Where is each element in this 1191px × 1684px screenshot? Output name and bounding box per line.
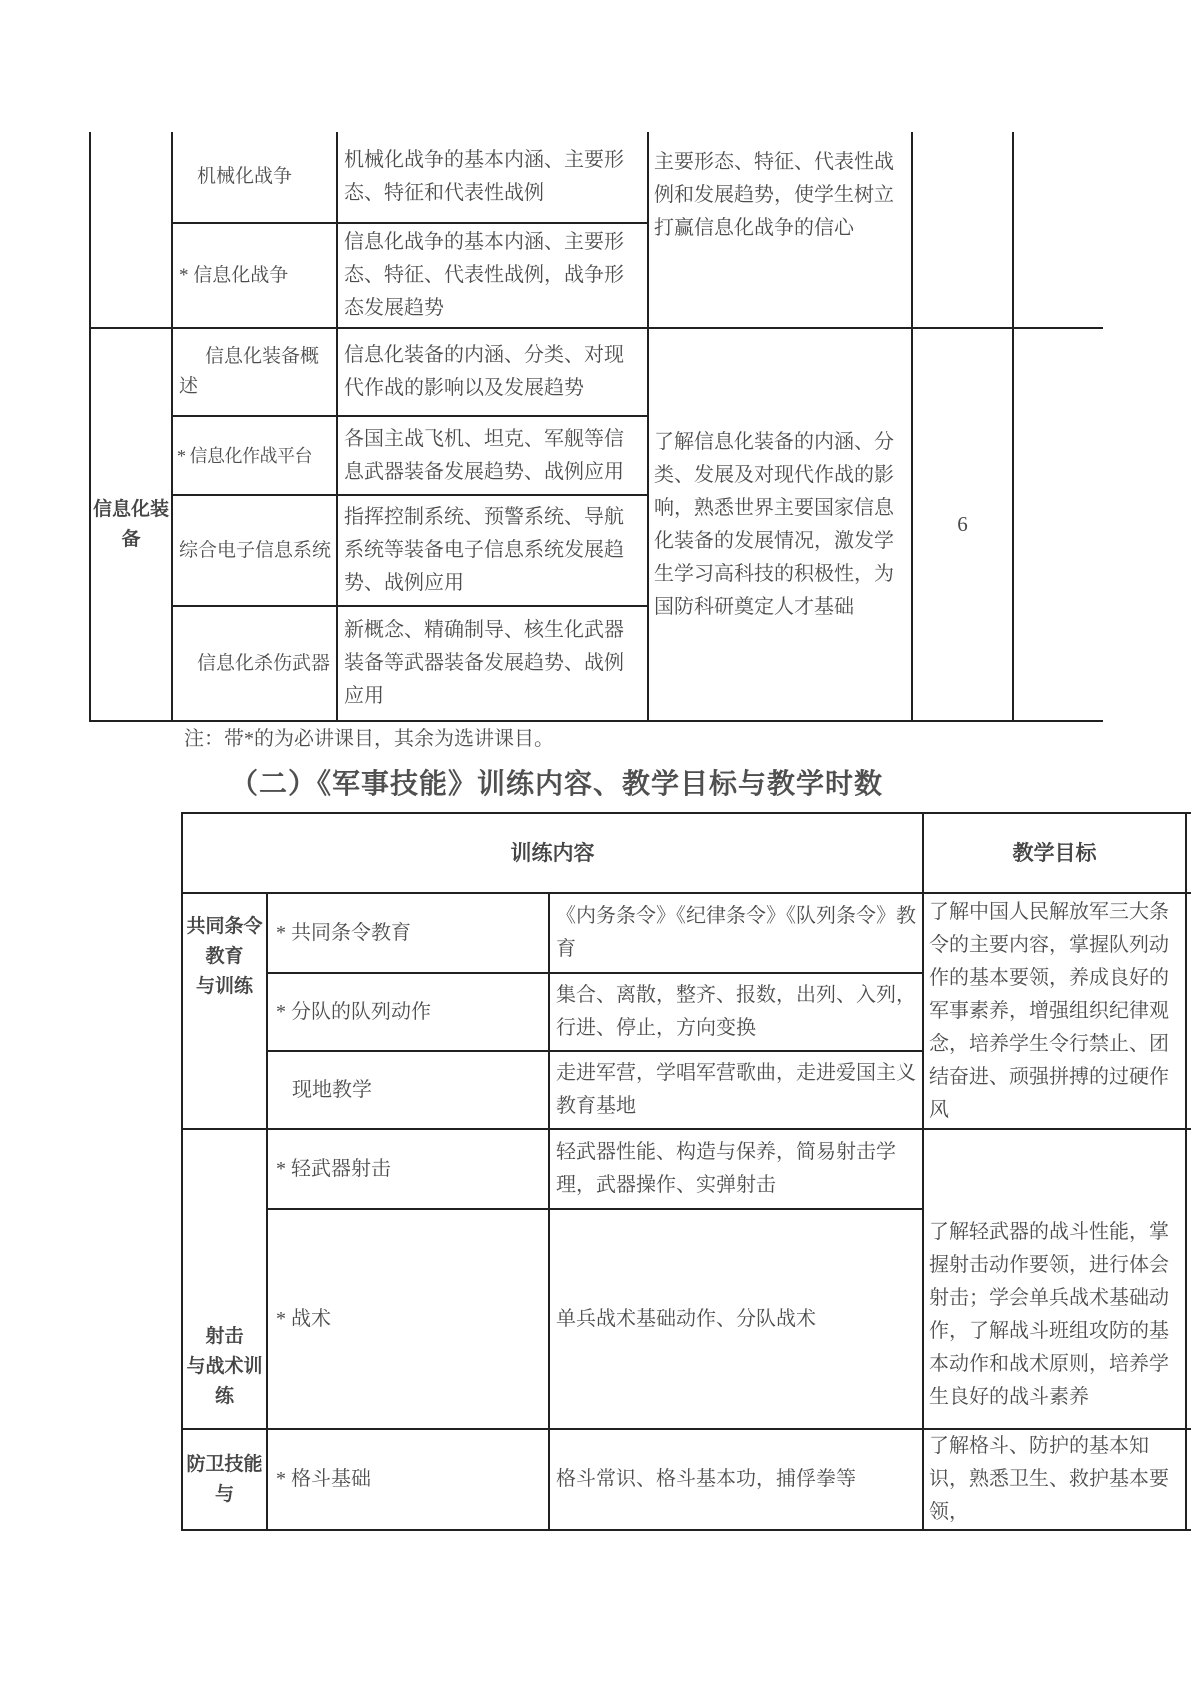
t1-content-cell: 机械化战争的基本内涵、主要形态、特征和代表性战例 [337,132,648,223]
table-row: 机械化战争 机械化战争的基本内涵、主要形态、特征和代表性战例 主要形态、特征、代… [90,132,1103,223]
t1-content-cell: 指挥控制系统、预警系统、导航系统等装备电子信息系统发展趋势、战例应用 [337,495,648,606]
t1-course-cell: 信息化杀伤武器 [172,606,337,721]
table-row: 共同条令 教育 与训练 * 共同条令教育 《内务条令》《纪律条令》《队列条令》教… [182,893,1191,973]
t2-group-label: 射击 与战术训 练 [182,1129,267,1429]
military-skills-table: 训练内容 教学目标 共同条令 教育 与训练 * 共同条令教育 《内务条令》《纪律… [181,812,1191,1531]
t2-objective-cell: 了解轻武器的战斗性能，掌握射击动作要领，进行体会射击；学会单兵战术基础动作，了解… [923,1129,1186,1429]
military-theory-table: 机械化战争 机械化战争的基本内涵、主要形态、特征和代表性战例 主要形态、特征、代… [89,132,1103,722]
t1-course-cell: * 信息化作战平台 [172,416,337,495]
t2-objective-cell: 了解中国人民解放军三大条令的主要内容，掌握队列动作的基本要领，养成良好的军事素养… [923,893,1186,1129]
t1-content-cell: 信息化战争的基本内涵、主要形态、特征、代表性战例，战争形态发展趋势 [337,223,648,328]
t2-header-cutoff-cell [1186,813,1191,893]
t2-header-training-content: 训练内容 [182,813,923,893]
t2-content-cell: 单兵战术基础动作、分队战术 [549,1209,923,1429]
table-row: 防卫技能 与 * 格斗基础 格斗常识、格斗基本功，捕俘拳等 了解格斗、防护的基本… [182,1429,1191,1530]
t1-equipment-group-label: 信息化装备 [90,328,172,721]
t1-empty-cell [1013,328,1103,721]
t2-item-cell: * 共同条令教育 [267,893,549,973]
t1-hours-cell [912,132,1013,328]
table-row: 射击 与战术训 练 * 轻武器射击 轻武器性能、构造与保养，简易射击学理，武器操… [182,1129,1191,1209]
t1-warfare-group-cell [90,132,172,328]
document-page: 机械化战争 机械化战争的基本内涵、主要形态、特征和代表性战例 主要形态、特征、代… [0,0,1191,1684]
table-row: 信息化装备 信息化装备概述 信息化装备的内涵、分类、对现代作战的影响以及发展趋势… [90,328,1103,416]
t1-course-cell: 机械化战争 [172,132,337,223]
t1-course-cell: 综合电子信息系统 [172,495,337,606]
table-note: 注：带*的为必讲课目，其余为选讲课目。 [184,722,554,751]
t2-content-cell: 轻武器性能、构造与保养，简易射击学理，武器操作、实弹射击 [549,1129,923,1209]
t1-content-cell: 新概念、精确制导、核生化武器装备等武器装备发展趋势、战例应用 [337,606,648,721]
t2-content-cell: 格斗常识、格斗基本功，捕俘拳等 [549,1429,923,1530]
t1-course-cell: 信息化装备概述 [172,328,337,416]
t1-objective-cell: 主要形态、特征、代表性战例和发展趋势，使学生树立打赢信息化战争的信心 [648,132,912,328]
t2-header-teaching-objective: 教学目标 [923,813,1186,893]
t1-content-cell: 信息化装备的内涵、分类、对现代作战的影响以及发展趋势 [337,328,648,416]
t2-item-cell: * 分队的队列动作 [267,973,549,1051]
t2-cutoff-cell [1186,893,1191,1129]
t1-objective-cell: 了解信息化装备的内涵、分类、发展及对现代作战的影响，熟悉世界主要国家信息化装备的… [648,328,912,721]
t2-cutoff-cell [1186,1429,1191,1530]
t2-group-label: 防卫技能 与 [182,1429,267,1530]
t2-item-cell: * 格斗基础 [267,1429,549,1530]
section-heading: （二）《军事技能》训练内容、教学目标与教学时数 [230,762,883,802]
t2-content-cell: 《内务条令》《纪律条令》《队列条令》教育 [549,893,923,973]
t1-content-cell: 各国主战飞机、坦克、军舰等信息武器装备发展趋势、战例应用 [337,416,648,495]
t2-item-cell: * 战术 [267,1209,549,1429]
t1-empty-cell [1013,132,1103,328]
t2-cutoff-cell [1186,1129,1191,1429]
table-header-row: 训练内容 教学目标 [182,813,1191,893]
t2-group-label: 共同条令 教育 与训练 [182,893,267,1129]
t1-course-cell: * 信息化战争 [172,223,337,328]
t2-item-cell: 现地教学 [267,1051,549,1129]
t1-hours-cell: 6 [912,328,1013,721]
t2-content-cell: 集合、离散，整齐、报数，出列、入列，行进、停止，方向变换 [549,973,923,1051]
t2-objective-cell: 了解格斗、防护的基本知识，熟悉卫生、救护基本要领， [923,1429,1186,1530]
t2-item-cell: * 轻武器射击 [267,1129,549,1209]
t2-content-cell: 走进军营，学唱军营歌曲，走进爱国主义教育基地 [549,1051,923,1129]
